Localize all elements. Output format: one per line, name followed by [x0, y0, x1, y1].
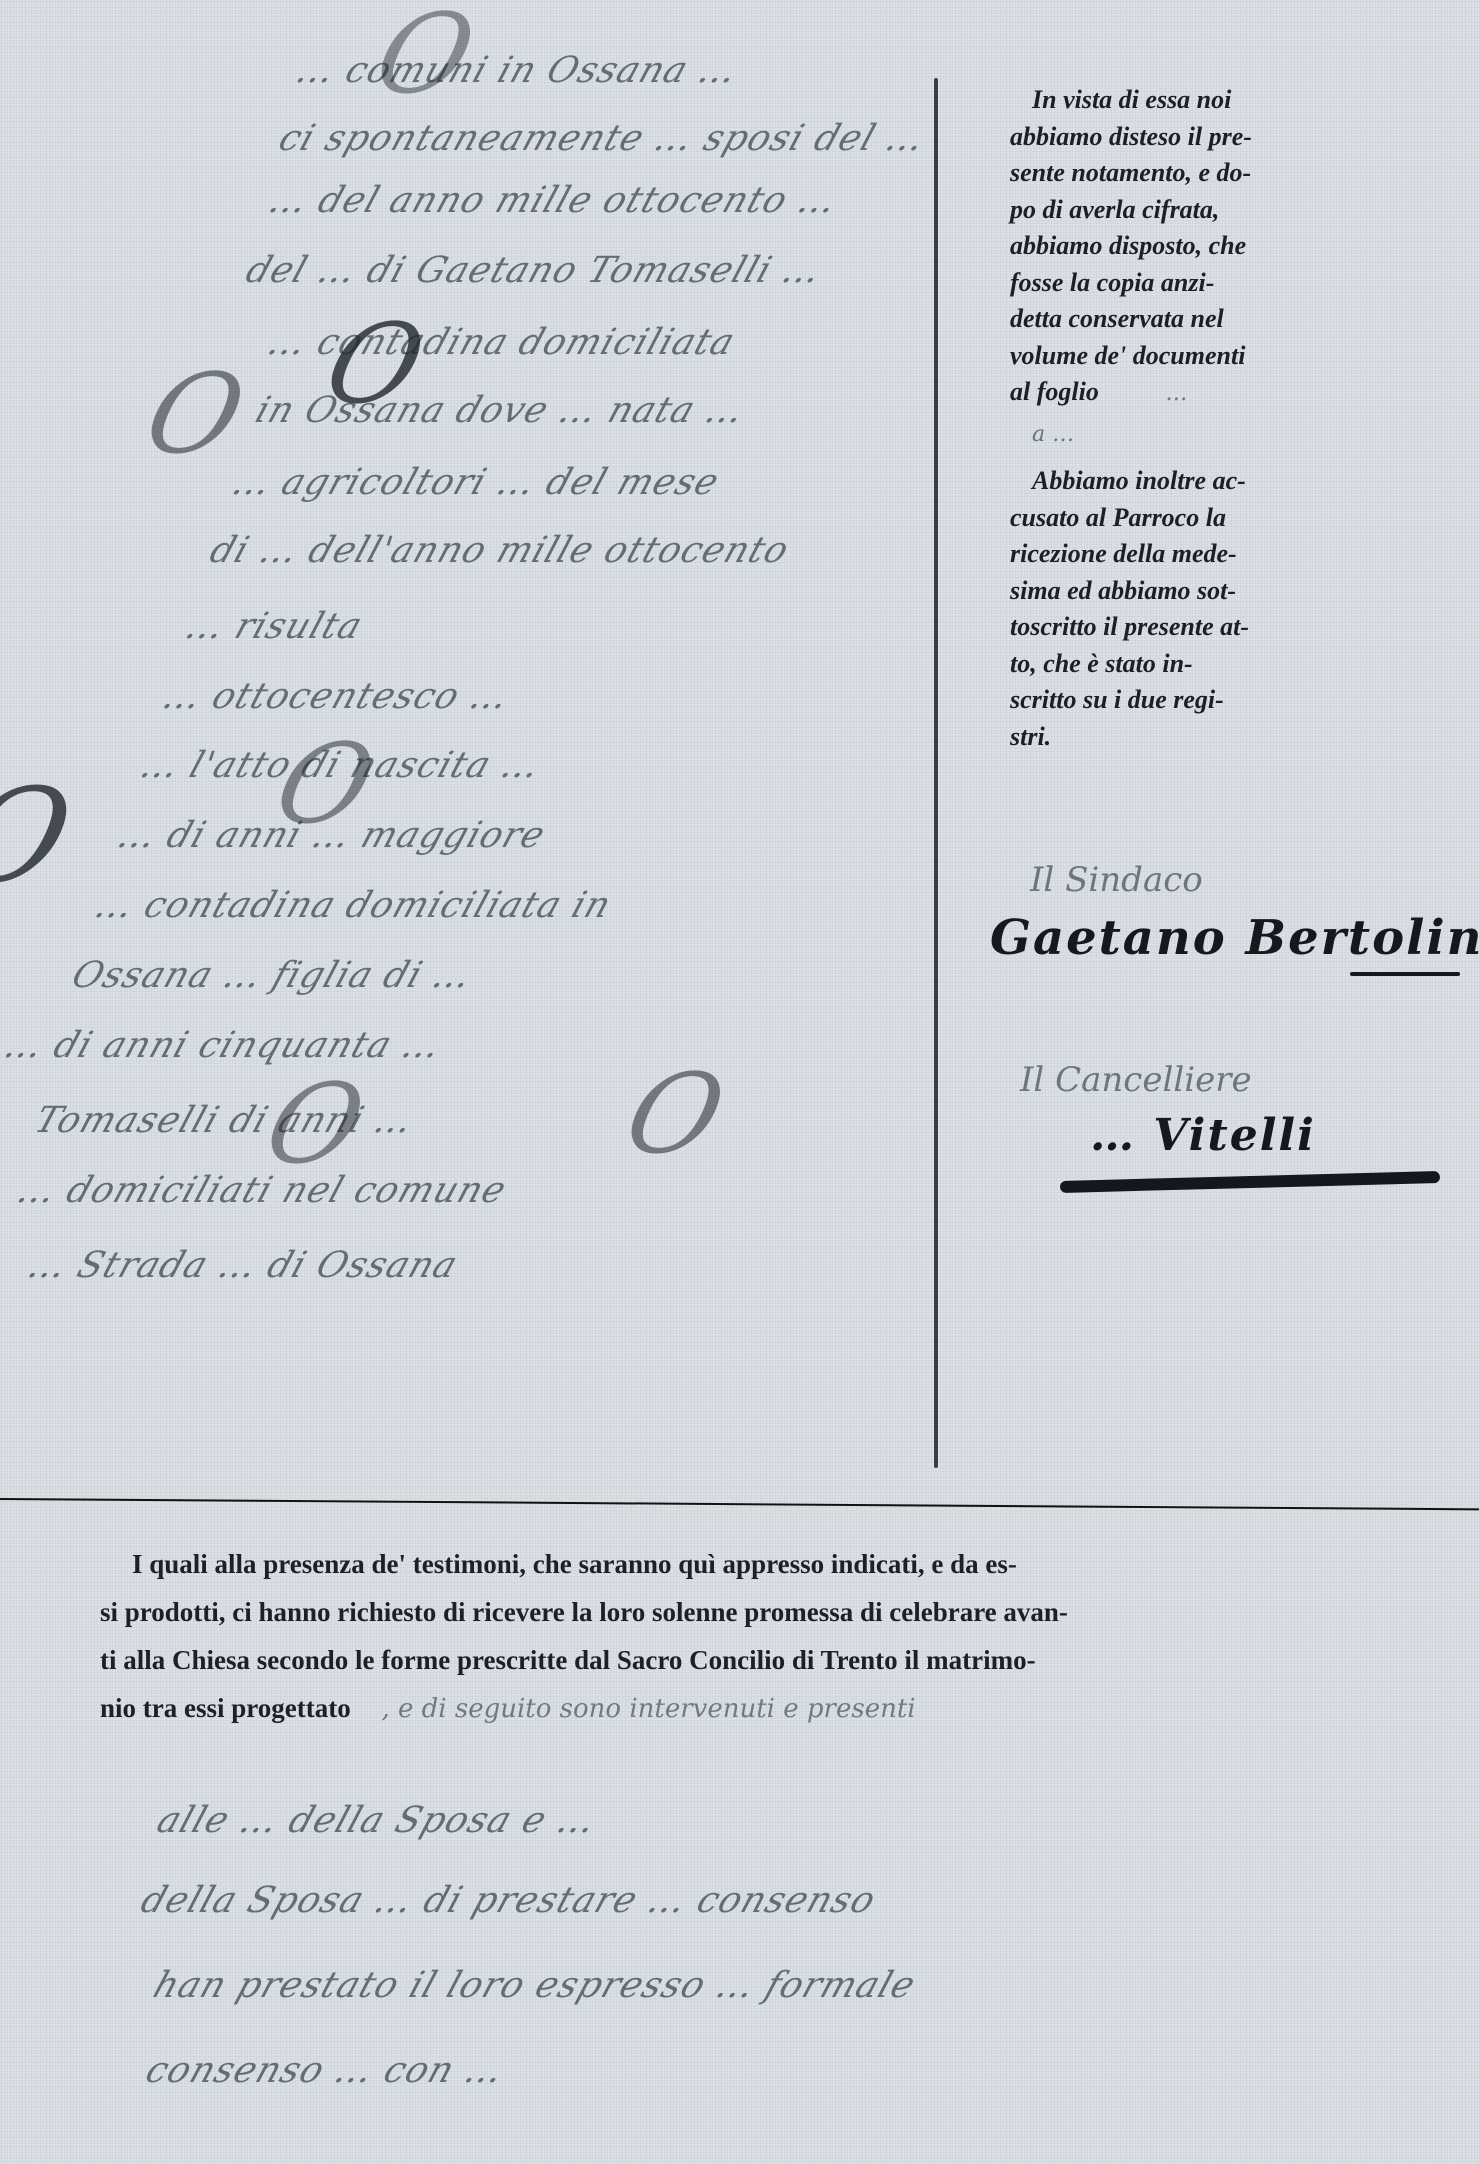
- handwritten-bottom: alle … della Sposa e … della Sposa … di …: [0, 1780, 1479, 2160]
- printed-line: volume de' documenti: [988, 338, 1345, 375]
- printed-bottom-paragraph: I quali alla presenza de' testimoni, che…: [100, 1540, 1265, 1733]
- handwritten-line: … Strada … di Ossana: [23, 1245, 464, 1286]
- printed-line: to, che è stato in-: [988, 646, 1345, 683]
- handwritten-line: di … dell'anno mille ottocento: [205, 530, 794, 571]
- signature-role: Il Cancelliere: [1020, 1060, 1252, 1100]
- printed-line: detta conservata nel: [988, 301, 1345, 338]
- signature-underline: [1060, 1171, 1440, 1193]
- column-divider: [934, 78, 938, 1468]
- page-break-line: [0, 1498, 1479, 1510]
- handwritten-continuation: , e di seguito sono intervenuti e presen…: [381, 1694, 915, 1724]
- printed-line: toscritto il presente at-: [988, 609, 1345, 646]
- handwritten-line: … agricoltori … del mese: [227, 462, 725, 503]
- signature-mayor: Il Sindaco Gaetano Bertolini: [1000, 860, 1460, 990]
- printed-line: scritto su i due regi-: [988, 682, 1345, 719]
- handwritten-line: … ottocentesco …: [157, 676, 514, 717]
- printed-line: sima ed abbiamo sot-: [988, 573, 1345, 610]
- handwritten-line: … risulta: [180, 606, 368, 647]
- printed-line: nio tra essi progettato , e di seguito s…: [100, 1684, 1265, 1733]
- handwritten-line: … del anno mille ottocento …: [264, 180, 843, 221]
- handwritten-line: … comuni in Ossana …: [291, 50, 743, 91]
- handwritten-line: … di anni cinquanta …: [0, 1025, 447, 1066]
- handwritten-folio-note: a …: [1010, 417, 1345, 454]
- handwritten-line: della Sposa … di prestare … consenso: [136, 1880, 881, 1921]
- printed-line-text: al foglio: [1010, 377, 1099, 406]
- handwritten-folio-number: …: [1165, 381, 1187, 406]
- signature-chancellor: Il Cancelliere … Vitelli: [1000, 1060, 1460, 1200]
- document-page: … comuni in Ossana … ci spontaneamente ……: [0, 0, 1479, 2164]
- printed-line: ti alla Chiesa secondo le forme prescrit…: [100, 1636, 1265, 1684]
- handwritten-line: Ossana … figlia di …: [67, 955, 478, 996]
- handwritten-line: alle … della Sposa e …: [152, 1800, 602, 1841]
- printed-line: abbiamo disposto, che: [988, 228, 1345, 265]
- signature-underline: [1350, 972, 1460, 976]
- printed-line: po di averla cifrata,: [988, 192, 1345, 229]
- printed-right-column: In vista di essa noi abbiamo disteso il …: [1010, 82, 1345, 755]
- handwritten-line: ci spontaneamente … sposi del …: [274, 118, 931, 159]
- printed-paragraph-1: In vista di essa noi abbiamo disteso il …: [1010, 82, 1345, 453]
- printed-line: al foglio …: [988, 374, 1345, 413]
- printed-line: Abbiamo inoltre ac-: [1010, 463, 1345, 500]
- printed-line: abbiamo disteso il pre-: [988, 119, 1345, 156]
- printed-line: fosse la copia anzi-: [988, 265, 1345, 302]
- handwritten-line: consenso … con …: [141, 2050, 510, 2091]
- printed-paragraph-2: Abbiamo inoltre ac- cusato al Parroco la…: [1010, 463, 1345, 755]
- printed-line: I quali alla presenza de' testimoni, che…: [100, 1540, 1265, 1588]
- printed-line: sente notamento, e do-: [988, 155, 1345, 192]
- printed-line-text: nio tra essi progettato: [100, 1693, 351, 1723]
- printed-line: cusato al Parroco la: [988, 500, 1345, 537]
- handwritten-line: … contadina domiciliata in: [90, 885, 617, 926]
- printed-line: In vista di essa noi: [1010, 82, 1345, 119]
- signature-name: … Vitelli: [1090, 1110, 1316, 1161]
- signature-role: Il Sindaco: [1030, 860, 1203, 900]
- handwritten-line: del … di Gaetano Tomaselli …: [241, 250, 827, 291]
- handwritten-line: han prestato il loro espresso … formale: [148, 1965, 921, 2006]
- printed-line: stri.: [988, 719, 1345, 756]
- printed-line: ricezione della mede-: [988, 536, 1345, 573]
- printed-line: si prodotti, ci hanno richiesto di ricev…: [100, 1588, 1265, 1636]
- signature-name: Gaetano Bertolini: [990, 910, 1479, 966]
